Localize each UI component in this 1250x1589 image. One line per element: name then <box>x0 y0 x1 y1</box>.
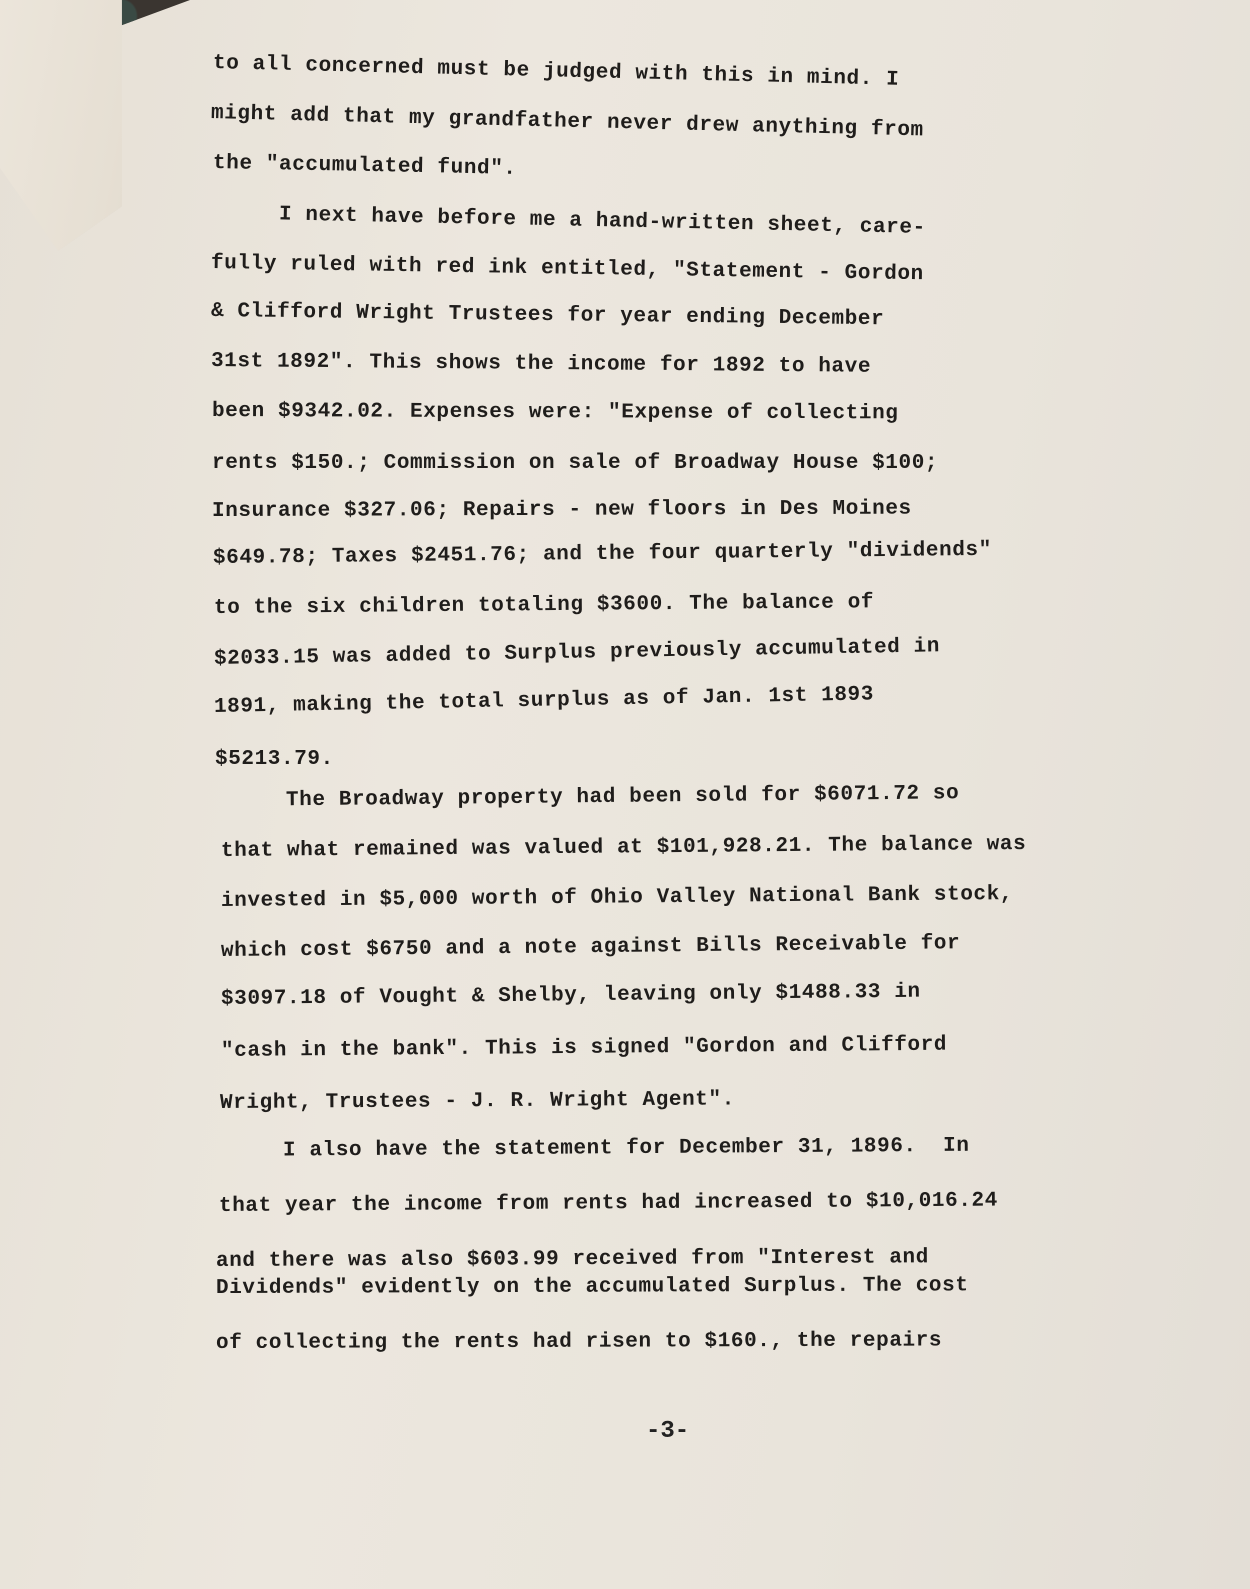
text-line: and there was also $603.99 received from… <box>216 1246 929 1273</box>
text-line: & Clifford Wright Trustees for year endi… <box>211 300 885 331</box>
text-line: to the six children totaling $3600. The … <box>214 591 874 620</box>
text-line: 1891, making the total surplus as of Jan… <box>214 683 874 719</box>
text-line: which cost $6750 and a note against Bill… <box>221 932 961 963</box>
text-line: 31st 1892". This shows the income for 18… <box>211 350 871 379</box>
text-line: $2033.15 was added to Surplus previously… <box>214 635 940 671</box>
text-line: Wright, Trustees - J. R. Wright Agent". <box>220 1088 735 1115</box>
text-line: rents $150.; Commission on sale of Broad… <box>212 452 938 475</box>
document-page: to all concerned must be judged with thi… <box>0 0 1250 1589</box>
text-line: that year the income from rents had incr… <box>219 1190 998 1218</box>
page-number: -3- <box>646 1418 689 1445</box>
text-line: The Broadway property had been sold for … <box>220 782 960 813</box>
text-line: been $9342.02. Expenses were: "Expense o… <box>212 400 899 425</box>
text-line: fully ruled with red ink entitled, "Stat… <box>211 252 924 286</box>
text-line: to all concerned must be judged with thi… <box>213 52 900 92</box>
text-line: might add that my grandfather never drew… <box>211 102 924 142</box>
text-line: "cash in the bank". This is signed "Gord… <box>221 1034 947 1063</box>
text-line: $649.78; Taxes $2451.76; and the four qu… <box>213 539 992 570</box>
text-line: I next have before me a hand-written she… <box>213 202 926 240</box>
text-line: Dividends" evidently on the accumulated … <box>216 1274 969 1300</box>
text-line: $3097.18 of Vought & Shelby, leaving onl… <box>221 981 921 1011</box>
text-line: of collecting the rents had risen to $16… <box>216 1329 942 1355</box>
text-line: Insurance $327.06; Repairs - new floors … <box>212 498 912 523</box>
text-line: invested in $5,000 worth of Ohio Valley … <box>221 883 1013 913</box>
text-line: I also have the statement for December 3… <box>217 1135 970 1163</box>
text-line: $5213.79. <box>215 748 334 771</box>
text-line: that what remained was valued at $101,92… <box>221 833 1026 863</box>
text-line: the "accumulated fund". <box>213 152 517 181</box>
